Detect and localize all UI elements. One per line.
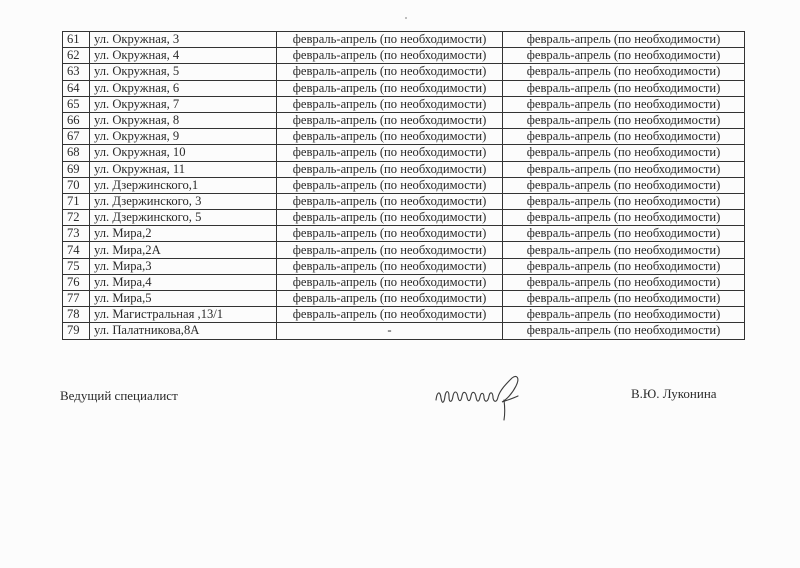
row-address: ул. Мира,4 — [90, 274, 277, 290]
row-address: ул. Палатникова,8А — [90, 323, 277, 339]
row-period-2: февраль-апрель (по необходимости) — [503, 161, 745, 177]
row-address: ул. Окружная, 8 — [90, 112, 277, 128]
row-number: 63 — [63, 64, 90, 80]
row-number: 71 — [63, 193, 90, 209]
schedule-table-body: 61ул. Окружная, 3февраль-апрель (по необ… — [63, 32, 745, 340]
row-address: ул. Дзержинского, 5 — [90, 210, 277, 226]
table-row: 69ул. Окружная, 11февраль-апрель (по нео… — [63, 161, 745, 177]
scanned-page: 61ул. Окружная, 3февраль-апрель (по необ… — [0, 0, 800, 568]
row-number: 77 — [63, 291, 90, 307]
row-period-1: февраль-апрель (по необходимости) — [277, 64, 503, 80]
table-row: 71ул. Дзержинского, 3февраль-апрель (по … — [63, 193, 745, 209]
table-row: 77ул. Мира,5февраль-апрель (по необходим… — [63, 291, 745, 307]
table-row: 64ул. Окружная, 6февраль-апрель (по необ… — [63, 80, 745, 96]
row-number: 73 — [63, 226, 90, 242]
row-period-2: февраль-апрель (по необходимости) — [503, 210, 745, 226]
row-period-1: февраль-апрель (по необходимости) — [277, 210, 503, 226]
row-address: ул. Мира,5 — [90, 291, 277, 307]
row-number: 76 — [63, 274, 90, 290]
row-address: ул. Окружная, 5 — [90, 64, 277, 80]
table-row: 78ул. Магистральная ,13/1февраль-апрель … — [63, 307, 745, 323]
row-address: ул. Окружная, 6 — [90, 80, 277, 96]
row-address: ул. Дзержинского,1 — [90, 177, 277, 193]
row-number: 64 — [63, 80, 90, 96]
scan-speck — [405, 17, 407, 19]
table-row: 63ул. Окружная, 5февраль-апрель (по необ… — [63, 64, 745, 80]
row-period-1: - — [277, 323, 503, 339]
row-period-2: февраль-апрель (по необходимости) — [503, 307, 745, 323]
row-address: ул. Окружная, 4 — [90, 48, 277, 64]
row-period-2: февраль-апрель (по необходимости) — [503, 177, 745, 193]
row-period-2: февраль-апрель (по необходимости) — [503, 64, 745, 80]
schedule-table: 61ул. Окружная, 3февраль-апрель (по необ… — [62, 31, 745, 340]
row-period-2: февраль-апрель (по необходимости) — [503, 226, 745, 242]
row-number: 67 — [63, 129, 90, 145]
row-period-2: февраль-апрель (по необходимости) — [503, 32, 745, 48]
table-row: 67ул. Окружная, 9февраль-апрель (по необ… — [63, 129, 745, 145]
row-period-2: февраль-апрель (по необходимости) — [503, 112, 745, 128]
table-row: 65ул. Окружная, 7февраль-апрель (по необ… — [63, 96, 745, 112]
row-period-1: февраль-апрель (по необходимости) — [277, 193, 503, 209]
row-address: ул. Мира,3 — [90, 258, 277, 274]
row-period-1: февраль-апрель (по необходимости) — [277, 32, 503, 48]
position-title: Ведущий специалист — [60, 388, 178, 404]
row-period-1: февраль-апрель (по необходимости) — [277, 177, 503, 193]
table-row: 66ул. Окружная, 8февраль-апрель (по необ… — [63, 112, 745, 128]
row-number: 69 — [63, 161, 90, 177]
row-period-1: февраль-апрель (по необходимости) — [277, 96, 503, 112]
table-row: 68ул. Окружная, 10февраль-апрель (по нео… — [63, 145, 745, 161]
row-number: 68 — [63, 145, 90, 161]
row-number: 79 — [63, 323, 90, 339]
row-address: ул. Окружная, 10 — [90, 145, 277, 161]
row-period-2: февраль-апрель (по необходимости) — [503, 193, 745, 209]
row-number: 66 — [63, 112, 90, 128]
row-period-1: февраль-апрель (по необходимости) — [277, 274, 503, 290]
row-period-2: февраль-апрель (по необходимости) — [503, 291, 745, 307]
signer-name: В.Ю. Луконина — [631, 386, 717, 402]
row-period-2: февраль-апрель (по необходимости) — [503, 145, 745, 161]
table-row: 70ул. Дзержинского,1февраль-апрель (по н… — [63, 177, 745, 193]
row-number: 65 — [63, 96, 90, 112]
table-row: 62ул. Окружная, 4февраль-апрель (по необ… — [63, 48, 745, 64]
row-number: 74 — [63, 242, 90, 258]
row-period-1: февраль-апрель (по необходимости) — [277, 129, 503, 145]
row-address: ул. Окружная, 9 — [90, 129, 277, 145]
row-number: 61 — [63, 32, 90, 48]
row-number: 62 — [63, 48, 90, 64]
table-row: 75ул. Мира,3февраль-апрель (по необходим… — [63, 258, 745, 274]
row-period-2: февраль-апрель (по необходимости) — [503, 129, 745, 145]
row-period-1: февраль-апрель (по необходимости) — [277, 48, 503, 64]
row-period-1: февраль-апрель (по необходимости) — [277, 226, 503, 242]
row-period-1: февраль-апрель (по необходимости) — [277, 80, 503, 96]
row-address: ул. Магистральная ,13/1 — [90, 307, 277, 323]
row-period-2: февраль-апрель (по необходимости) — [503, 323, 745, 339]
row-period-2: февраль-апрель (по необходимости) — [503, 258, 745, 274]
row-address: ул. Окружная, 3 — [90, 32, 277, 48]
table-row: 74ул. Мира,2Афевраль-апрель (по необходи… — [63, 242, 745, 258]
table-row: 79ул. Палатникова,8А-февраль-апрель (по … — [63, 323, 745, 339]
row-period-2: февраль-апрель (по необходимости) — [503, 274, 745, 290]
row-period-1: февраль-апрель (по необходимости) — [277, 242, 503, 258]
table-row: 61ул. Окружная, 3февраль-апрель (по необ… — [63, 32, 745, 48]
row-period-1: февраль-апрель (по необходимости) — [277, 307, 503, 323]
row-address: ул. Дзержинского, 3 — [90, 193, 277, 209]
row-period-1: февраль-апрель (по необходимости) — [277, 291, 503, 307]
row-period-2: февраль-апрель (по необходимости) — [503, 80, 745, 96]
row-number: 70 — [63, 177, 90, 193]
row-period-1: февраль-апрель (по необходимости) — [277, 258, 503, 274]
signature-icon — [432, 370, 542, 422]
row-number: 78 — [63, 307, 90, 323]
table-row: 72ул. Дзержинского, 5февраль-апрель (по … — [63, 210, 745, 226]
table-row: 73ул. Мира,2февраль-апрель (по необходим… — [63, 226, 745, 242]
row-period-1: февраль-апрель (по необходимости) — [277, 112, 503, 128]
row-number: 75 — [63, 258, 90, 274]
row-number: 72 — [63, 210, 90, 226]
row-period-2: февраль-апрель (по необходимости) — [503, 48, 745, 64]
row-address: ул. Мира,2А — [90, 242, 277, 258]
row-period-1: февраль-апрель (по необходимости) — [277, 145, 503, 161]
row-address: ул. Мира,2 — [90, 226, 277, 242]
row-address: ул. Окружная, 11 — [90, 161, 277, 177]
row-period-2: февраль-апрель (по необходимости) — [503, 96, 745, 112]
row-period-1: февраль-апрель (по необходимости) — [277, 161, 503, 177]
row-period-2: февраль-апрель (по необходимости) — [503, 242, 745, 258]
row-address: ул. Окружная, 7 — [90, 96, 277, 112]
table-row: 76ул. Мира,4февраль-апрель (по необходим… — [63, 274, 745, 290]
